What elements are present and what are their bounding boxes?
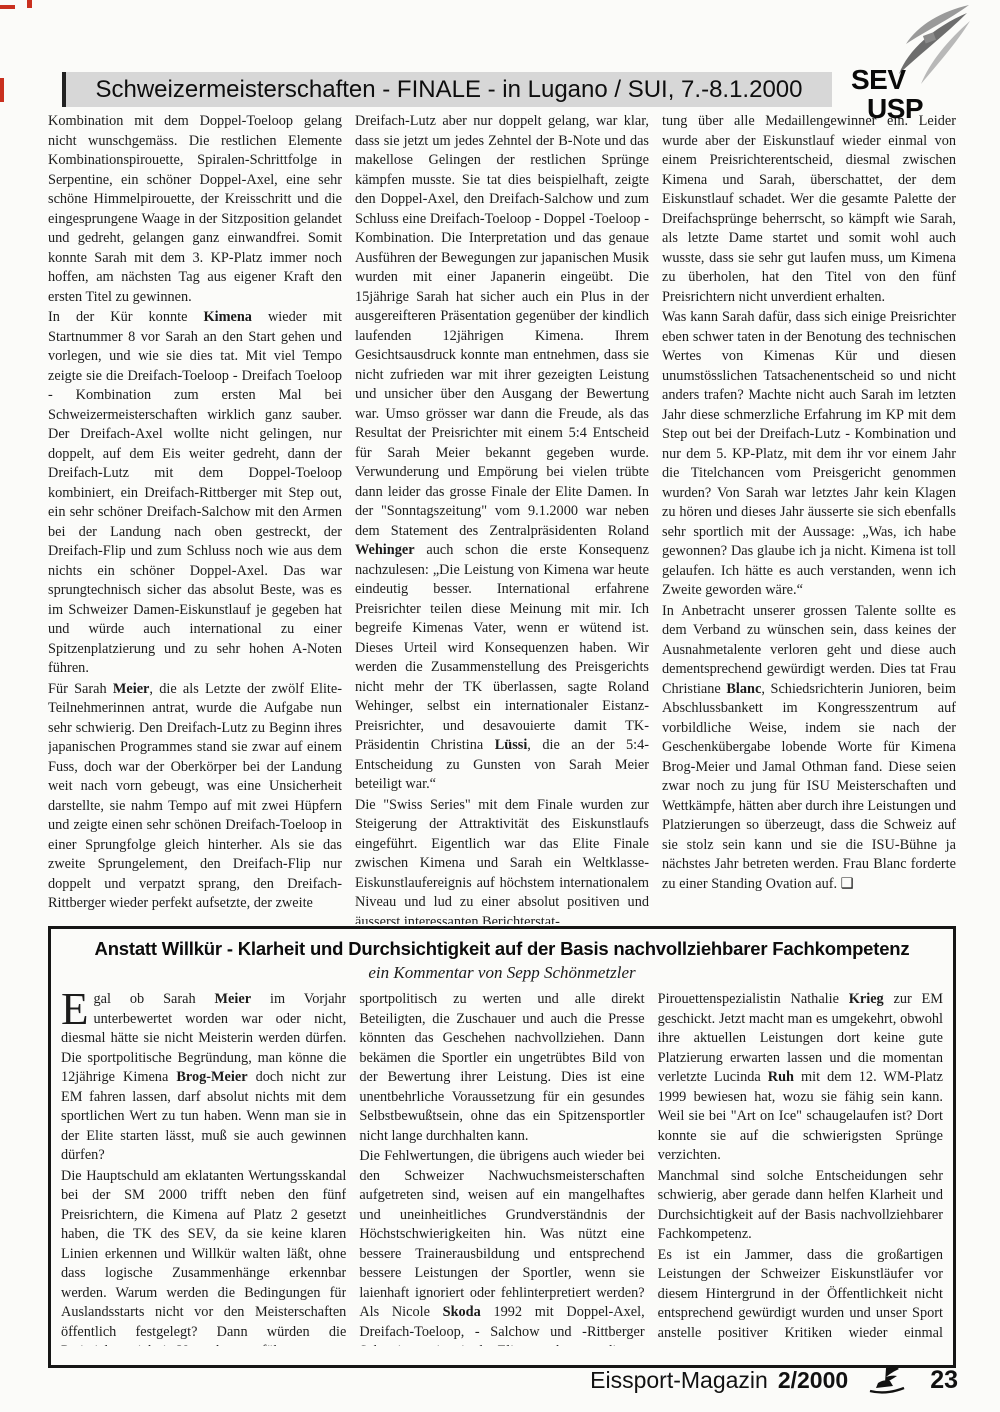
headline-banner: Schweizermeisterschaften - FINALE - in L… [62,72,832,107]
paragraph: Die Hauptschuld am eklatanten Wertungssk… [61,1167,346,1347]
article-column-1: Kombination mit dem Doppel-Toeloop gelan… [48,112,342,924]
comment-box: Anstatt Willkür - Klarheit und Durchsich… [48,926,956,1368]
paragraph: Dreifach-Lutz aber nur doppelt gelang, w… [355,112,649,795]
article-body: Kombination mit dem Doppel-Toeloop gelan… [48,112,956,924]
print-mark [0,5,15,9]
comment-body: Egal ob Sarah Meier im Vorjahr unterbewe… [61,990,943,1346]
page-number: 23 [930,1366,958,1395]
sev-usp-logo: SEV USP [837,4,972,129]
paragraph: Für Sarah Meier, die als Letzte der zwöl… [48,680,342,914]
comment-column-3: Pirouettenspezialistin Nathalie Krieg zu… [658,990,943,1346]
comment-column-1: Egal ob Sarah Meier im Vorjahr unterbewe… [61,990,346,1346]
comment-title: Anstatt Willkür - Klarheit und Durchsich… [61,938,943,960]
paragraph: In Anbetracht unserer grossen Talente so… [662,602,956,895]
print-mark [0,78,4,102]
magazine-name: Eissport-Magazin [590,1367,768,1394]
logo-text-sev: SEV [851,64,906,96]
winged-skate-icon [866,1364,908,1396]
paragraph: tung über alle Medaillengewinner ein. Le… [662,112,956,307]
paragraph: Kombination mit dem Doppel-Toeloop gelan… [48,112,342,307]
paragraph: Es ist ein Jammer, dass die großartigen … [658,1246,943,1347]
paragraph: sportpolitisch zu werten und alle direkt… [359,990,644,1146]
paragraph: Pirouettenspezialistin Nathalie Krieg zu… [658,990,943,1166]
comment-column-2: sportpolitisch zu werten und alle direkt… [359,990,644,1346]
comment-byline: ein Kommentar von Sepp Schönmetzler [61,963,943,983]
magazine-page: Schweizermeisterschaften - FINALE - in L… [0,0,1000,1412]
article-column-2: Dreifach-Lutz aber nur doppelt gelang, w… [355,112,649,924]
paragraph: Die "Swiss Series" mit dem Finale wurden… [355,796,649,925]
paragraph: In der Kür konnte Kimena wieder mit Star… [48,308,342,679]
paragraph: Die Fehlwertungen, die übrigens auch wie… [359,1147,644,1346]
article-column-3: tung über alle Medaillengewinner ein. Le… [662,112,956,924]
headline-title: Schweizermeisterschaften - FINALE - in L… [95,76,802,104]
page-footer: Eissport-Magazin 2/2000 23 [590,1364,958,1396]
issue-number: 2/2000 [778,1367,848,1394]
paragraph: Egal ob Sarah Meier im Vorjahr unterbewe… [61,990,346,1166]
print-mark [27,0,32,8]
paragraph: Manchmal sind solche Entscheidungen sehr… [658,1167,943,1245]
paragraph: Was kann Sarah dafür, dass sich einige P… [662,308,956,601]
